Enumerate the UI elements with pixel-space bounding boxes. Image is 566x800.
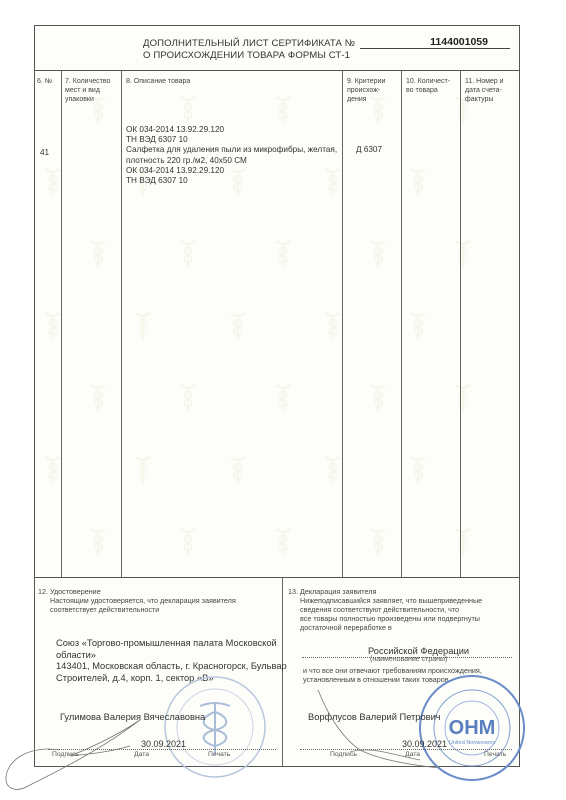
title-line-2: О ПРОИСХОЖДЕНИИ ТОВАРА ФОРМЫ СТ-1: [143, 50, 355, 62]
column-header-quantity: 10. Количест-во товара: [406, 77, 456, 95]
caduceus-watermark-icon: [230, 311, 246, 341]
caption-seal: Печать: [208, 751, 230, 758]
caduceus-watermark-icon: [90, 239, 106, 269]
certificate-page: ДОПОЛНИТЕЛЬНЫЙ ЛИСТ СЕРТИФИКАТА № О ПРОИ…: [0, 0, 566, 800]
declaration-country: Российской Федерации: [368, 646, 469, 656]
caduceus-watermark-icon: [90, 383, 106, 413]
page-title: ДОПОЛНИТЕЛЬНЫЙ ЛИСТ СЕРТИФИКАТА № О ПРОИ…: [143, 38, 355, 62]
caduceus-watermark-icon: [135, 311, 151, 341]
column-divider: [61, 70, 62, 577]
signature-scribble-icon: [0, 690, 180, 800]
description-line: плотность 220 гр./м2, 40х50 СМ: [126, 156, 356, 166]
caduceus-watermark-icon: [275, 527, 291, 557]
org-line-1: Союз «Торгово-промышленная палата Москов…: [56, 638, 296, 650]
caduceus-watermark-icon: [45, 167, 61, 197]
column-divider: [460, 70, 461, 577]
country-caption: (наименование страны): [370, 656, 447, 663]
caduceus-watermark-icon: [370, 527, 386, 557]
column-header-number: 6. №: [37, 77, 61, 86]
caduceus-watermark-icon: [45, 311, 61, 341]
caduceus-watermark-icon: [230, 455, 246, 485]
column-divider: [121, 70, 122, 577]
chamber-organization: Союз «Торгово-промышленная палата Москов…: [56, 638, 296, 684]
description-line: ОК 034-2014 13.92.29.120: [126, 166, 356, 176]
row-number: 41: [40, 148, 49, 158]
caduceus-watermark-icon: [410, 167, 426, 197]
caduceus-watermark-icon: [275, 383, 291, 413]
description-line: ОК 034-2014 13.92.29.120: [126, 125, 356, 135]
caduceus-watermark-icon: [455, 383, 471, 413]
caduceus-watermark-icon: [410, 311, 426, 341]
caduceus-watermark-icon: [370, 383, 386, 413]
column-header-origin: 9. Критерии происхож-дения: [347, 77, 397, 104]
caption-seal: Печать: [484, 751, 506, 758]
certificate-number: 1144001059: [360, 36, 510, 49]
description-line: ТН ВЭД 6307 10: [126, 135, 356, 145]
caduceus-watermark-icon: [275, 239, 291, 269]
description-line: Салфетка для удаления пыли из микрофибры…: [126, 145, 356, 155]
caduceus-watermark-icon: [325, 311, 341, 341]
caduceus-watermark-icon: [180, 527, 196, 557]
org-line-2: области»: [56, 650, 296, 662]
caduceus-watermark-icon: [275, 95, 291, 125]
caduceus-watermark-icon: [455, 239, 471, 269]
title-line-1: ДОПОЛНИТЕЛЬНЫЙ ЛИСТ СЕРТИФИКАТА №: [143, 38, 355, 49]
caduceus-watermark-icon: [180, 95, 196, 125]
table-top-border: [34, 70, 520, 71]
caduceus-watermark-icon: [180, 239, 196, 269]
column-divider: [401, 70, 402, 577]
caduceus-watermark-icon: [410, 455, 426, 485]
table-bottom-border: [34, 577, 520, 578]
caduceus-watermark-icon: [180, 383, 196, 413]
caduceus-watermark-icon: [45, 455, 61, 485]
row-description: ОК 034-2014 13.92.29.120ТН ВЭД 6307 10Са…: [126, 125, 356, 186]
declaration-text-4: достаточной переработке в: [300, 623, 392, 633]
caduceus-watermark-icon: [325, 455, 341, 485]
signature-scribble-icon: [290, 680, 460, 790]
description-line: ТН ВЭД 6307 10: [126, 176, 356, 186]
row-origin-criterion: Д 6307: [356, 145, 382, 155]
caduceus-watermark-icon: [135, 455, 151, 485]
org-line-4: Строителей, д.4, корп. 1, сектор «В»: [56, 673, 296, 685]
caduceus-watermark-icon: [455, 527, 471, 557]
column-header-invoice: 11. Номер и дата счета-фактуры: [465, 77, 517, 104]
column-header-description: 8. Описание товара: [126, 77, 326, 86]
column-header-packages: 7. Количество мест и вид упаковки: [65, 77, 119, 104]
certification-text-2: соответствует действительности: [50, 605, 159, 615]
caduceus-watermark-icon: [370, 239, 386, 269]
caduceus-watermark-icon: [90, 527, 106, 557]
org-line-3: 143401, Московская область, г. Красногор…: [56, 661, 296, 673]
